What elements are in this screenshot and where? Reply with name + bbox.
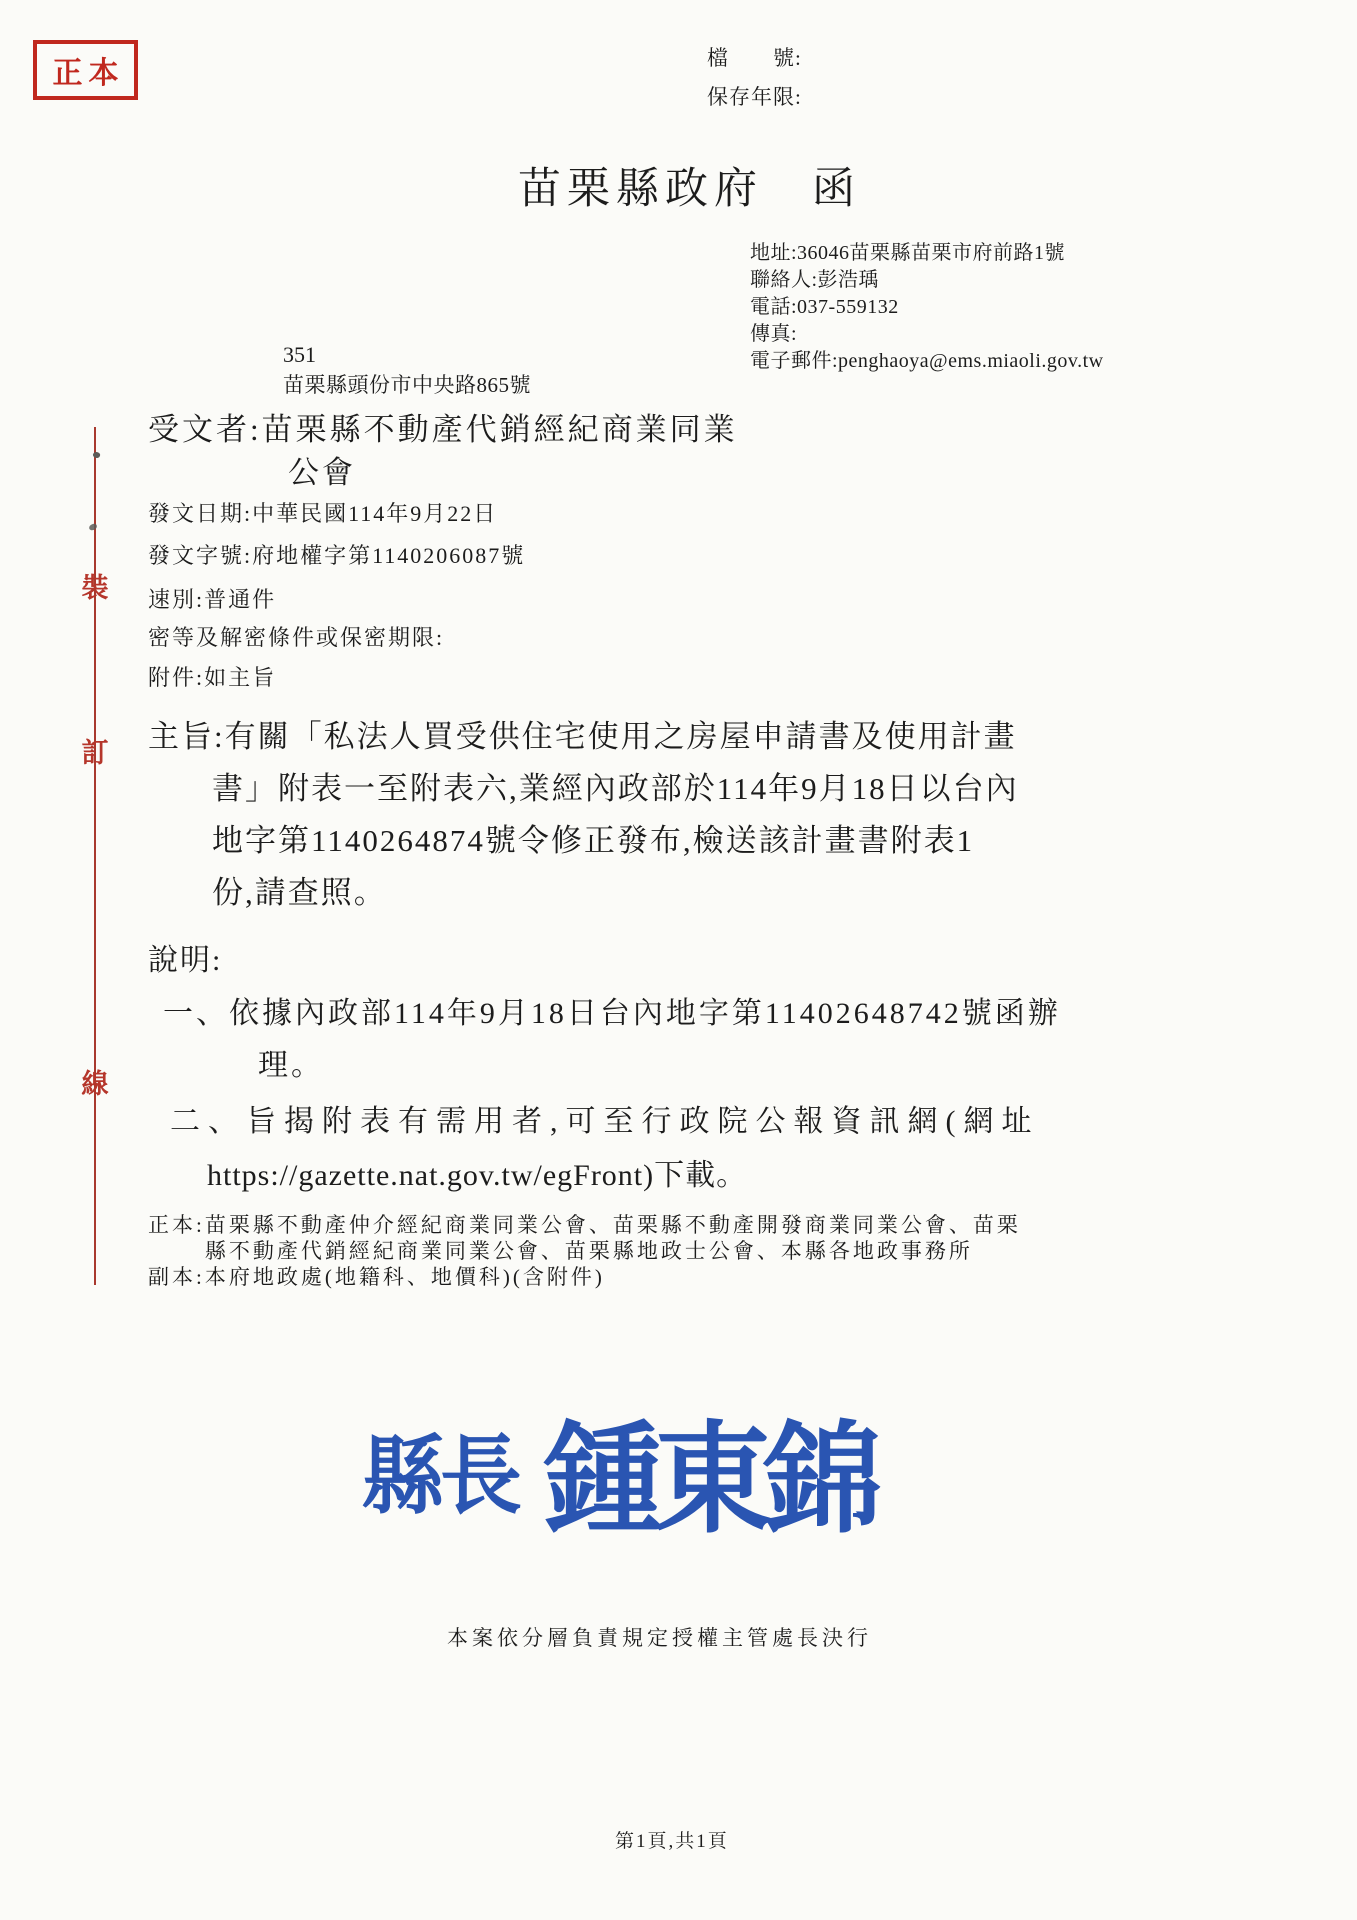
subject-text-4: 份,請查照。: [212, 867, 387, 912]
item-2-text: 旨揭附表有需用者,可至行政院公報資訊網(網址: [246, 1105, 1040, 1138]
sender-phone: 電話:037-559132: [750, 294, 1104, 321]
description-item-1-wrap: 理。: [258, 1040, 324, 1084]
magistrate-title: 縣長: [362, 1408, 518, 1531]
document-number-line: 發文字號:府地權字第1140206087號: [148, 539, 525, 570]
recipient-line-wrap: 公會: [288, 447, 356, 492]
sender-address: 地址:36046苗栗縣苗栗市府前路1號: [750, 240, 1104, 267]
copy-recipients-text: 本府地政處(地籍科、地價科)(含附件): [205, 1264, 605, 1290]
copy-recipients-label: 副本:: [148, 1264, 205, 1290]
description-label: 說明:: [148, 935, 222, 979]
binding-char-xian: 線: [80, 1062, 110, 1101]
item-1-number: 一、: [163, 997, 229, 1030]
sender-fax: 傳真:: [750, 321, 1104, 348]
magistrate-name: 鍾東錦: [544, 1382, 874, 1555]
original-recipients-line-1: 苗栗縣不動產仲介經紀商業同業公會、苗栗縣不動產開發商業同業公會、苗栗: [205, 1212, 1021, 1238]
original-recipients-label: 正本:: [148, 1212, 205, 1238]
description-item-1: 一、依據內政部114年9月18日台內地字第11402648742號函辦: [163, 988, 1061, 1032]
description-item-2-wrap: https://gazette.nat.gov.tw/egFront)下載。: [207, 1150, 747, 1194]
original-recipients-text: 苗栗縣不動產仲介經紀商業同業公會、苗栗縣不動產開發商業同業公會、苗栗 縣不動產代…: [205, 1212, 1021, 1264]
binding-line: [94, 427, 96, 1285]
original-copy-stamp: 正本: [33, 40, 138, 100]
recipient-zipcode: 351: [283, 342, 316, 368]
recipient-street-address: 苗栗縣頭份市中央路865號: [283, 369, 531, 399]
subject-label: 主旨:: [148, 719, 225, 754]
security-class-line: 密等及解密條件或保密期限:: [148, 621, 444, 652]
speed-class-line: 速別:普通件: [148, 583, 276, 614]
sender-contact-person: 聯絡人:彭浩瑀: [750, 267, 1104, 294]
file-number-label: 檔 號:: [707, 42, 802, 72]
document-page: 正本 檔 號: 保存年限: 苗栗縣政府 函 地址:36046苗栗縣苗栗市府前路1…: [0, 0, 1357, 1920]
binding-char-ding: 訂: [80, 731, 110, 770]
item-2-number: 二、: [170, 1105, 246, 1138]
retention-period-label: 保存年限:: [707, 81, 802, 111]
delegation-note: 本案依分層負責規定授權主管處長決行: [447, 1622, 872, 1652]
recipient-line: 受文者:苗栗縣不動產代銷經紀商業同業: [148, 404, 738, 449]
original-recipients-row: 正本: 苗栗縣不動產仲介經紀商業同業公會、苗栗縣不動產開發商業同業公會、苗栗 縣…: [148, 1212, 1021, 1264]
attachment-line: 附件:如主旨: [148, 661, 276, 692]
sender-contact-block: 地址:36046苗栗縣苗栗市府前路1號 聯絡人:彭浩瑀 電話:037-55913…: [750, 240, 1104, 375]
sender-email: 電子郵件:penghaoya@ems.miaoli.gov.tw: [750, 348, 1104, 375]
subject-first-line: 主旨:有關「私法人買受供住宅使用之房屋申請書及使用計畫: [148, 711, 1017, 756]
description-item-2: 二、旨揭附表有需用者,可至行政院公報資訊網(網址: [170, 1096, 1040, 1140]
page-number: 第1頁,共1頁: [615, 1826, 729, 1853]
original-recipients-line-2: 縣不動產代銷經紀商業同業公會、苗栗縣地政士公會、本縣各地政事務所: [205, 1238, 1021, 1264]
item-1-text: 依據內政部114年9月18日台內地字第11402648742號函辦: [229, 997, 1061, 1030]
subject-text-3: 地字第1140264874號令修正發布,檢送該計畫書附表1: [212, 815, 974, 860]
magistrate-signature-stamp: 縣長 鍾東錦: [362, 1384, 874, 1554]
subject-text-1: 有關「私法人買受供住宅使用之房屋申請書及使用計畫: [225, 719, 1017, 754]
scan-speck: [88, 523, 97, 531]
copy-recipients-row: 副本: 本府地政處(地籍科、地價科)(含附件): [148, 1264, 1021, 1290]
subject-text-2: 書」附表一至附表六,業經內政部於114年9月18日以台內: [212, 763, 1019, 808]
binding-char-zhuang: 裝: [80, 566, 110, 605]
distribution-block: 正本: 苗栗縣不動產仲介經紀商業同業公會、苗栗縣不動產開發商業同業公會、苗栗 縣…: [148, 1212, 1021, 1290]
issue-date-line: 發文日期:中華民國114年9月22日: [148, 497, 497, 528]
document-title: 苗栗縣政府 函: [518, 155, 861, 216]
